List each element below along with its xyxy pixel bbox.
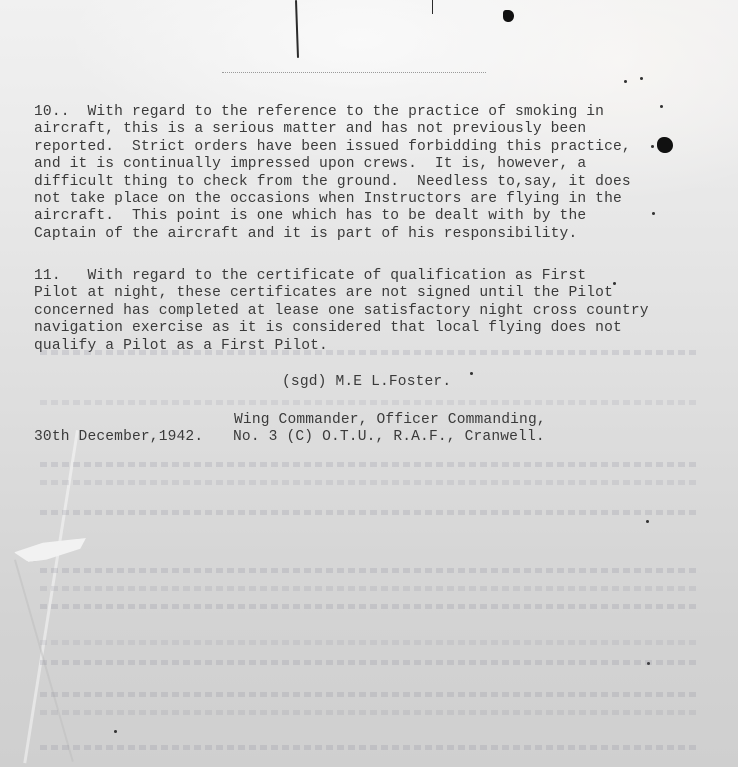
text-line: 11. With regard to the certificate of qu… bbox=[34, 268, 649, 285]
text-line: reported. Strict orders have been issued… bbox=[34, 139, 631, 156]
text-line: difficult thing to check from the ground… bbox=[34, 174, 631, 191]
ink-speck bbox=[660, 105, 663, 108]
bleed-through-text bbox=[40, 586, 700, 591]
signature-name: (sgd) M.E L.Foster. bbox=[282, 374, 451, 391]
text-line: Captain of the aircraft and it is part o… bbox=[34, 226, 631, 243]
text-line: 10.. With regard to the reference to the… bbox=[34, 104, 631, 121]
paper-crack-mark bbox=[295, 0, 299, 58]
ink-speck bbox=[646, 520, 649, 523]
bleed-through-text bbox=[40, 604, 700, 609]
document-page: 10.. With regard to the reference to the… bbox=[0, 0, 738, 767]
text-line: concerned has completed at lease one sat… bbox=[34, 303, 649, 320]
paragraph-11: 11. With regard to the certificate of qu… bbox=[34, 268, 649, 355]
ink-speck bbox=[651, 145, 654, 148]
bleed-through-text bbox=[40, 568, 700, 573]
bleed-through-text bbox=[40, 710, 700, 715]
ink-speck bbox=[624, 80, 627, 83]
text-line: Pilot at night, these certificates are n… bbox=[34, 285, 649, 302]
text-line: not take place on the occasions when Ins… bbox=[34, 191, 631, 208]
ink-blot bbox=[503, 10, 514, 22]
text-line: qualify a Pilot as a First Pilot. bbox=[34, 338, 649, 355]
text-line: aircraft. This point is one which has to… bbox=[34, 208, 631, 225]
bleed-through-text bbox=[40, 480, 700, 485]
bleed-through-text bbox=[40, 640, 700, 645]
signatory-title: Wing Commander, Officer Commanding, bbox=[234, 412, 546, 429]
bleed-through-text bbox=[40, 400, 700, 405]
document-date: 30th December,1942. bbox=[34, 429, 203, 446]
bleed-through-text bbox=[40, 745, 700, 750]
torn-paper-flap bbox=[14, 538, 86, 562]
text-line: navigation exercise as it is considered … bbox=[34, 320, 649, 337]
bleed-through-text bbox=[40, 660, 700, 665]
signatory-unit: No. 3 (C) O.T.U., R.A.F., Cranwell. bbox=[233, 429, 545, 446]
ink-blot bbox=[657, 137, 673, 153]
ink-speck bbox=[652, 212, 655, 215]
text-line: aircraft, this is a serious matter and h… bbox=[34, 121, 631, 138]
ink-speck bbox=[114, 730, 117, 733]
ink-speck bbox=[640, 77, 643, 80]
ink-speck bbox=[470, 372, 473, 375]
text-line: and it is continually impressed upon cre… bbox=[34, 156, 631, 173]
dotted-rule bbox=[222, 72, 486, 73]
bleed-through-text bbox=[40, 462, 700, 467]
bleed-through-text bbox=[40, 510, 700, 515]
paper-crack-mark bbox=[432, 0, 433, 14]
paragraph-10: 10.. With regard to the reference to the… bbox=[34, 104, 631, 243]
bleed-through-text bbox=[40, 692, 700, 697]
